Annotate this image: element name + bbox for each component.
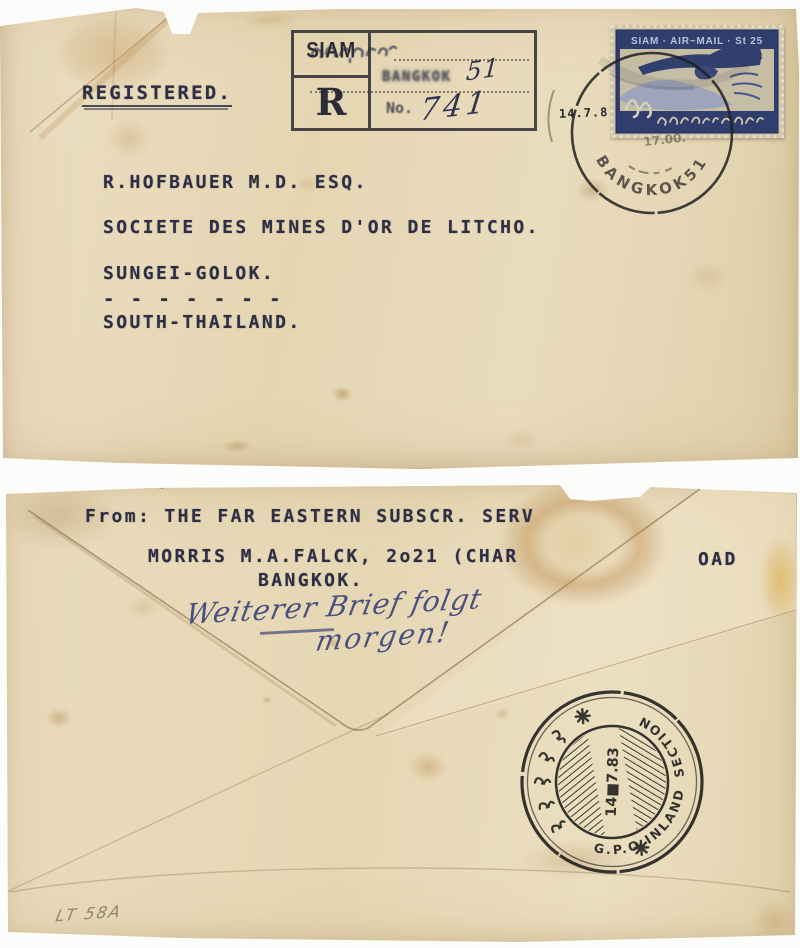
envelope-front: REGISTERED. SIAM R BANGKOK 51 (0, 0, 800, 472)
address-line-4: SOUTH-THAILAND. (103, 312, 302, 333)
postmark-time-text: 17.00. (643, 131, 687, 149)
scanned-cover-sheet: REGISTERED. SIAM R BANGKOK 51 (0, 0, 800, 948)
postmark-town-text: BANGKOK51 (592, 152, 712, 199)
postmark-bangkok: BANGKOK51 17.00. (540, 30, 760, 250)
postmark-star-bottom (634, 840, 649, 855)
bottom-left-flap-crease (2, 714, 388, 894)
postmark-second-strike-arc (548, 90, 554, 142)
postmark-gpo-inland: 14■7.83 G.P.O.INLAND SECTION (502, 672, 722, 892)
flap-tear-notch (567, 486, 652, 500)
address-line-2: SOCIETE DES MINES D'OR DE LITCHO. (103, 217, 540, 238)
sender-from-line: From: THE FAR EASTERN SUBSCR. SERV (85, 506, 535, 527)
postmark-date-text: 14■7.83 (604, 747, 622, 817)
registered-marking: REGISTERED. (82, 82, 232, 107)
sender-road-fragment: OAD (698, 549, 738, 570)
sender-name-line: MORRIS M.A.FALCK, 2o21 (CHAR (148, 546, 519, 567)
registration-office-number: 51 (465, 52, 501, 86)
handstamp-dotted-line (310, 91, 529, 93)
registration-number: 741 (418, 84, 491, 128)
sender-city-line: BANGKOK. (258, 570, 364, 591)
svg-text:BANGKOK51: BANGKOK51 (592, 152, 712, 199)
registration-city-label: BANGKOK (382, 69, 452, 85)
registration-handstamp: SIAM R BANGKOK 51 No. 741 (291, 30, 537, 131)
envelope-back: From: THE FAR EASTERN SUBSCR. SERV MORRI… (0, 480, 800, 948)
address-underline-dashes: - - - - - - - (103, 288, 283, 310)
address-line-3: SUNGEI-GOLOK. (103, 263, 275, 284)
registration-r-label: R (294, 79, 368, 125)
address-line-1: R.HOFBAUER M.D. ESQ. (103, 172, 368, 193)
postmark-star-top (575, 709, 590, 724)
handstamp-divider-horizontal (294, 75, 368, 78)
handstamp-dotted-line (394, 59, 529, 61)
postmark-inner-arc (629, 166, 675, 173)
registration-no-label: No. (386, 99, 413, 117)
